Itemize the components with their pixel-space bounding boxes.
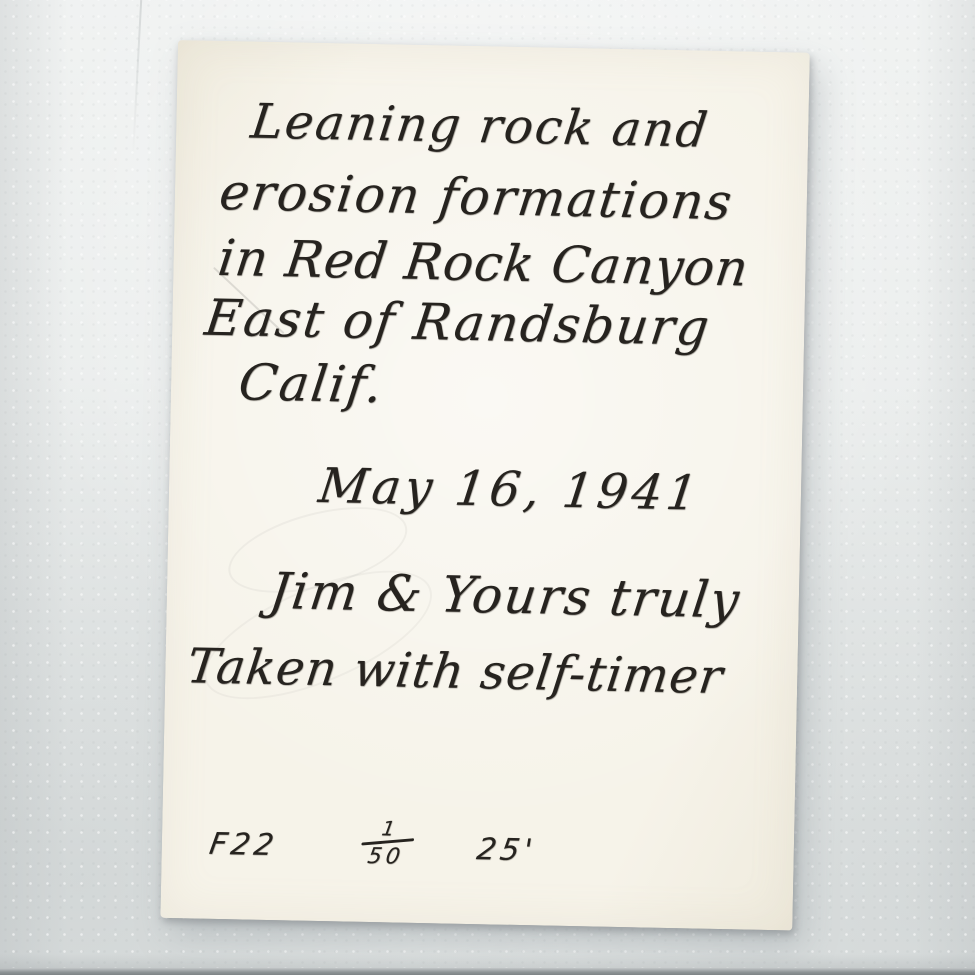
wall-bottom-edge xyxy=(0,968,975,975)
shutter-numerator: 1 xyxy=(370,818,410,841)
shutter-denominator: 50 xyxy=(366,843,406,869)
focus-distance-value: 25' xyxy=(474,832,538,868)
shutter-speed-fraction: 1 50 xyxy=(358,818,418,869)
caption-line-1: Leaning rock and xyxy=(248,94,712,159)
handwritten-caption-card: Leaning rock and erosion formations in R… xyxy=(160,40,809,931)
caption-line-4: East of Randsburg xyxy=(202,289,714,357)
aperture-value: F22 xyxy=(207,826,280,862)
wall-crease-mark xyxy=(132,0,142,160)
caption-line-3: in Red Rock Canyon xyxy=(215,229,752,298)
caption-line-5: Calif. xyxy=(236,353,388,414)
camera-settings-row: F22 1 50 25' xyxy=(206,819,540,875)
date-line: May 16, 1941 xyxy=(316,458,705,522)
self-timer-note-line: Taken with self-timer xyxy=(184,638,727,705)
signature-line: Jim & Yours truly xyxy=(266,562,744,629)
settings-spacer xyxy=(413,848,477,849)
settings-spacer xyxy=(277,845,361,847)
caption-line-2: erosion formations xyxy=(216,163,736,231)
wall-bottom-shadow xyxy=(0,954,975,968)
photo-background-wall: Leaning rock and erosion formations in R… xyxy=(0,0,975,975)
